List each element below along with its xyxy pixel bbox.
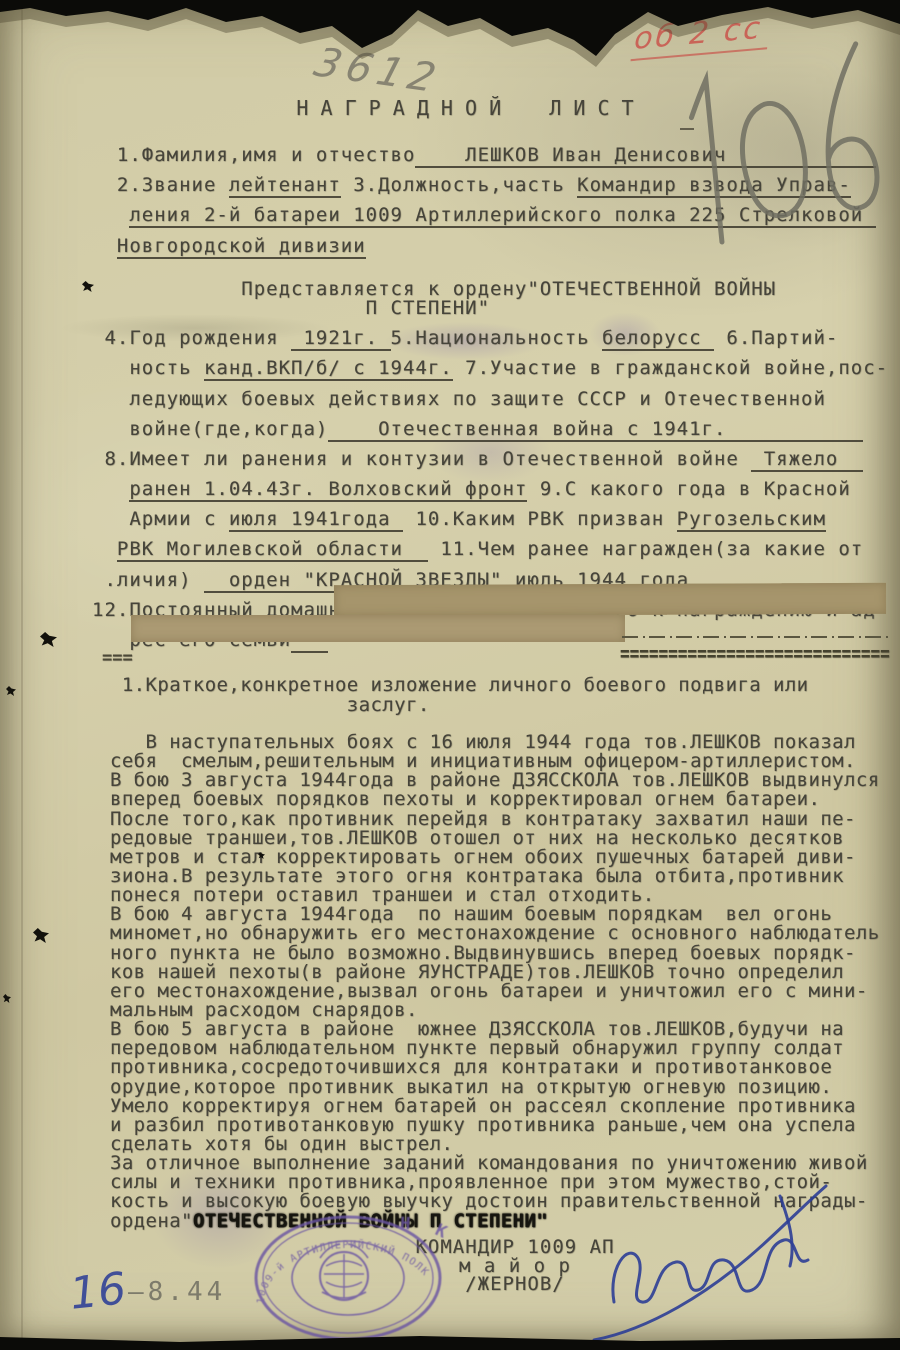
paper-fold-line <box>21 0 23 1350</box>
separator-equals-row: ============================ <box>620 640 894 666</box>
typed-line: РВК Могилевской области 11.Чем ранее наг… <box>92 534 892 564</box>
typed-line: 4.Год рождения 1921г. 5.Национальность б… <box>92 323 892 353</box>
redaction-box <box>131 615 625 642</box>
typed-line: Армии с июля 1941года 10.Каким РВК призв… <box>92 504 892 534</box>
redaction-box <box>334 583 886 616</box>
typed-line: ранен 1.04.43г. Волховский фронт 9.С как… <box>92 474 892 504</box>
handwritten-date-day: 16 <box>67 1263 128 1320</box>
torn-edge-bottom <box>0 1332 900 1350</box>
typed-line: ность канд.ВКП/б/ с 1944г. 7.Участие в г… <box>92 353 892 383</box>
typed-line: ледующих боевых действиях по защите СССР… <box>92 384 892 414</box>
torn-edge-top <box>0 0 900 75</box>
typed-line: заслуг. <box>110 696 809 716</box>
typed-line: войне(где,когда) Отечественная война с 1… <box>92 414 892 444</box>
separator-left-mark: === <box>102 648 133 668</box>
citation-body-text: В наступательных боях с 16 июля 1944 год… <box>110 733 900 1231</box>
separator-dash-line <box>622 636 890 638</box>
handwritten-date: 16—8.44 <box>70 1266 224 1317</box>
typed-line: 8.Имеет ли ранения и контузии в Отечеств… <box>92 444 892 474</box>
summary-heading: 1.Краткое,конкретное изложение личного б… <box>110 676 809 715</box>
scanned-award-document: { "document_type": "Наградной лист (нагр… <box>0 0 900 1350</box>
unit-stamp: 1009-й АРТИЛЛЕРИЙСКИЙ ПОЛК Н К О <box>240 1208 464 1350</box>
commander-ink-signature <box>580 1180 845 1348</box>
handwritten-date-rest: —8.44 <box>128 1277 226 1307</box>
